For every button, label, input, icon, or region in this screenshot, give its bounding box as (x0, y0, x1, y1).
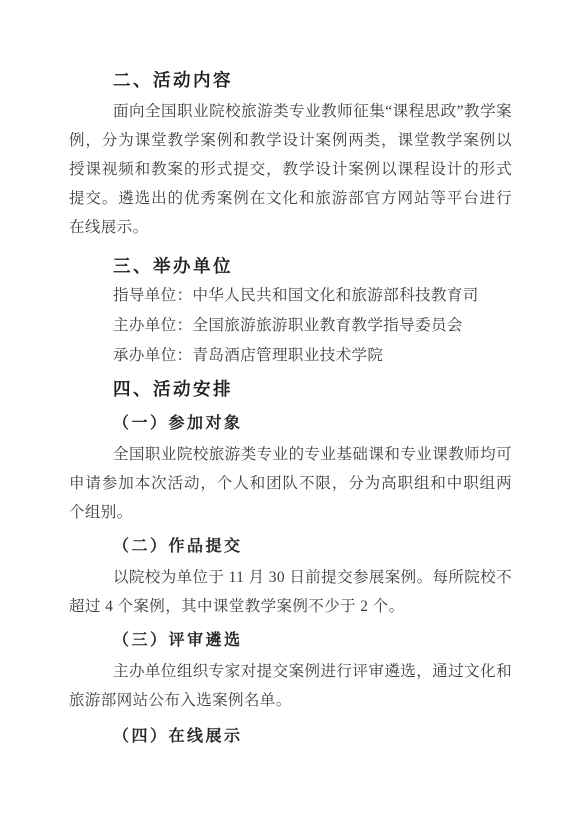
section-heading-organizers: 三、举办单位 (69, 252, 512, 281)
sub-heading-online-display: （四）在线展示 (69, 722, 512, 751)
sub-heading-participants: （一）参加对象 (69, 409, 512, 438)
section-heading-schedule: 四、活动安排 (69, 375, 512, 404)
sub-heading-work-submission: （二）作品提交 (69, 532, 512, 561)
org-line-guidance-unit: 指导单位：中华人民共和国文化和旅游部科技教育司 (69, 281, 512, 311)
paragraph-work-submission: 以院校为单位于 11 月 30 日前提交参展案例。每所院校不超过 4 个案例，其… (69, 563, 512, 621)
sub-heading-review-selection: （三）评审遴选 (69, 626, 512, 655)
paragraph-activity-content: 面向全国职业院校旅游类专业教师征集“课程思政”教学案例，分为课堂教学案例和教学设… (69, 97, 512, 242)
org-line-undertaking-unit: 承办单位：青岛酒店管理职业技术学院 (69, 341, 512, 371)
section-heading-activity-content: 二、活动内容 (69, 66, 512, 95)
org-line-host-unit: 主办单位：全国旅游旅游职业教育教学指导委员会 (69, 311, 512, 341)
document-page: 二、活动内容 面向全国职业院校旅游类专业教师征集“课程思政”教学案例，分为课堂教… (0, 0, 587, 826)
paragraph-review-selection: 主办单位组织专家对提交案例进行评审遴选，通过文化和旅游部网站公布入选案例名单。 (69, 657, 512, 715)
paragraph-participants: 全国职业院校旅游类专业的专业基础课和专业课教师均可申请参加本次活动，个人和团队不… (69, 440, 512, 527)
